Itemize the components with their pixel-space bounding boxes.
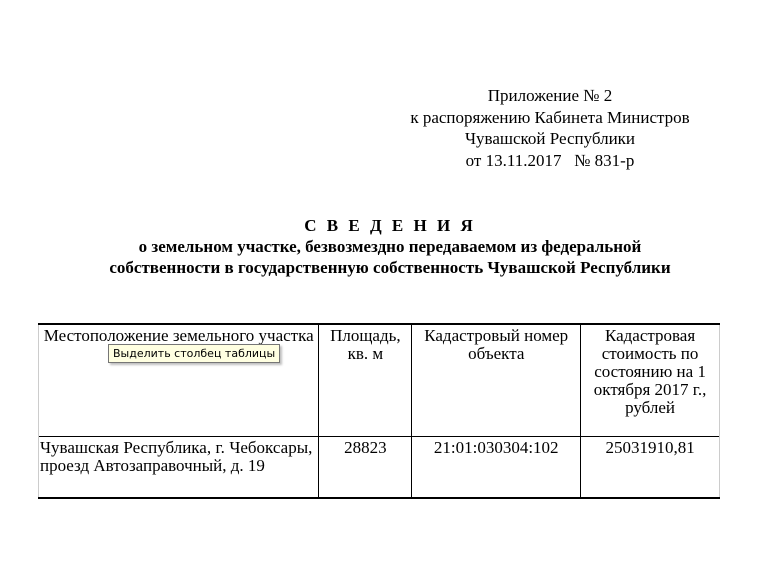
cell-cadastral-value[interactable]: 25031910,81 — [581, 437, 720, 499]
cell-location[interactable]: Чувашская Республика, г. Чебоксары, прое… — [39, 437, 319, 499]
cell-cadastral-number[interactable]: 21:01:030304:102 — [412, 437, 581, 499]
header-area[interactable]: Площадь, кв. м — [319, 324, 412, 437]
appendix-line: от 13.11.2017 № 831-р — [380, 150, 720, 172]
table-header-row: Местоположение земельного участка Площад… — [39, 324, 720, 437]
appendix-line: Приложение № 2 — [380, 85, 720, 107]
title-subtitle-line: о земельном участке, безвозмездно переда… — [40, 236, 740, 257]
title-subtitle-line: собственности в государственную собствен… — [40, 257, 740, 278]
header-location[interactable]: Местоположение земельного участка — [39, 324, 319, 437]
title-heading: С В Е Д Е Н И Я — [40, 215, 740, 236]
table-row: Чувашская Республика, г. Чебоксары, прое… — [39, 437, 720, 499]
document-title: С В Е Д Е Н И Я о земельном участке, без… — [40, 215, 740, 278]
cell-area[interactable]: 28823 — [319, 437, 412, 499]
appendix-line: Чувашской Республики — [380, 128, 720, 150]
header-cadastral-number[interactable]: Кадастровый номер объекта — [412, 324, 581, 437]
select-column-tooltip: Выделить столбец таблицы — [108, 344, 280, 363]
appendix-line: к распоряжению Кабинета Министров — [380, 107, 720, 129]
appendix-header: Приложение № 2 к распоряжению Кабинета М… — [380, 85, 720, 171]
header-cadastral-value[interactable]: Кадастровая стоимость по состоянию на 1 … — [581, 324, 720, 437]
